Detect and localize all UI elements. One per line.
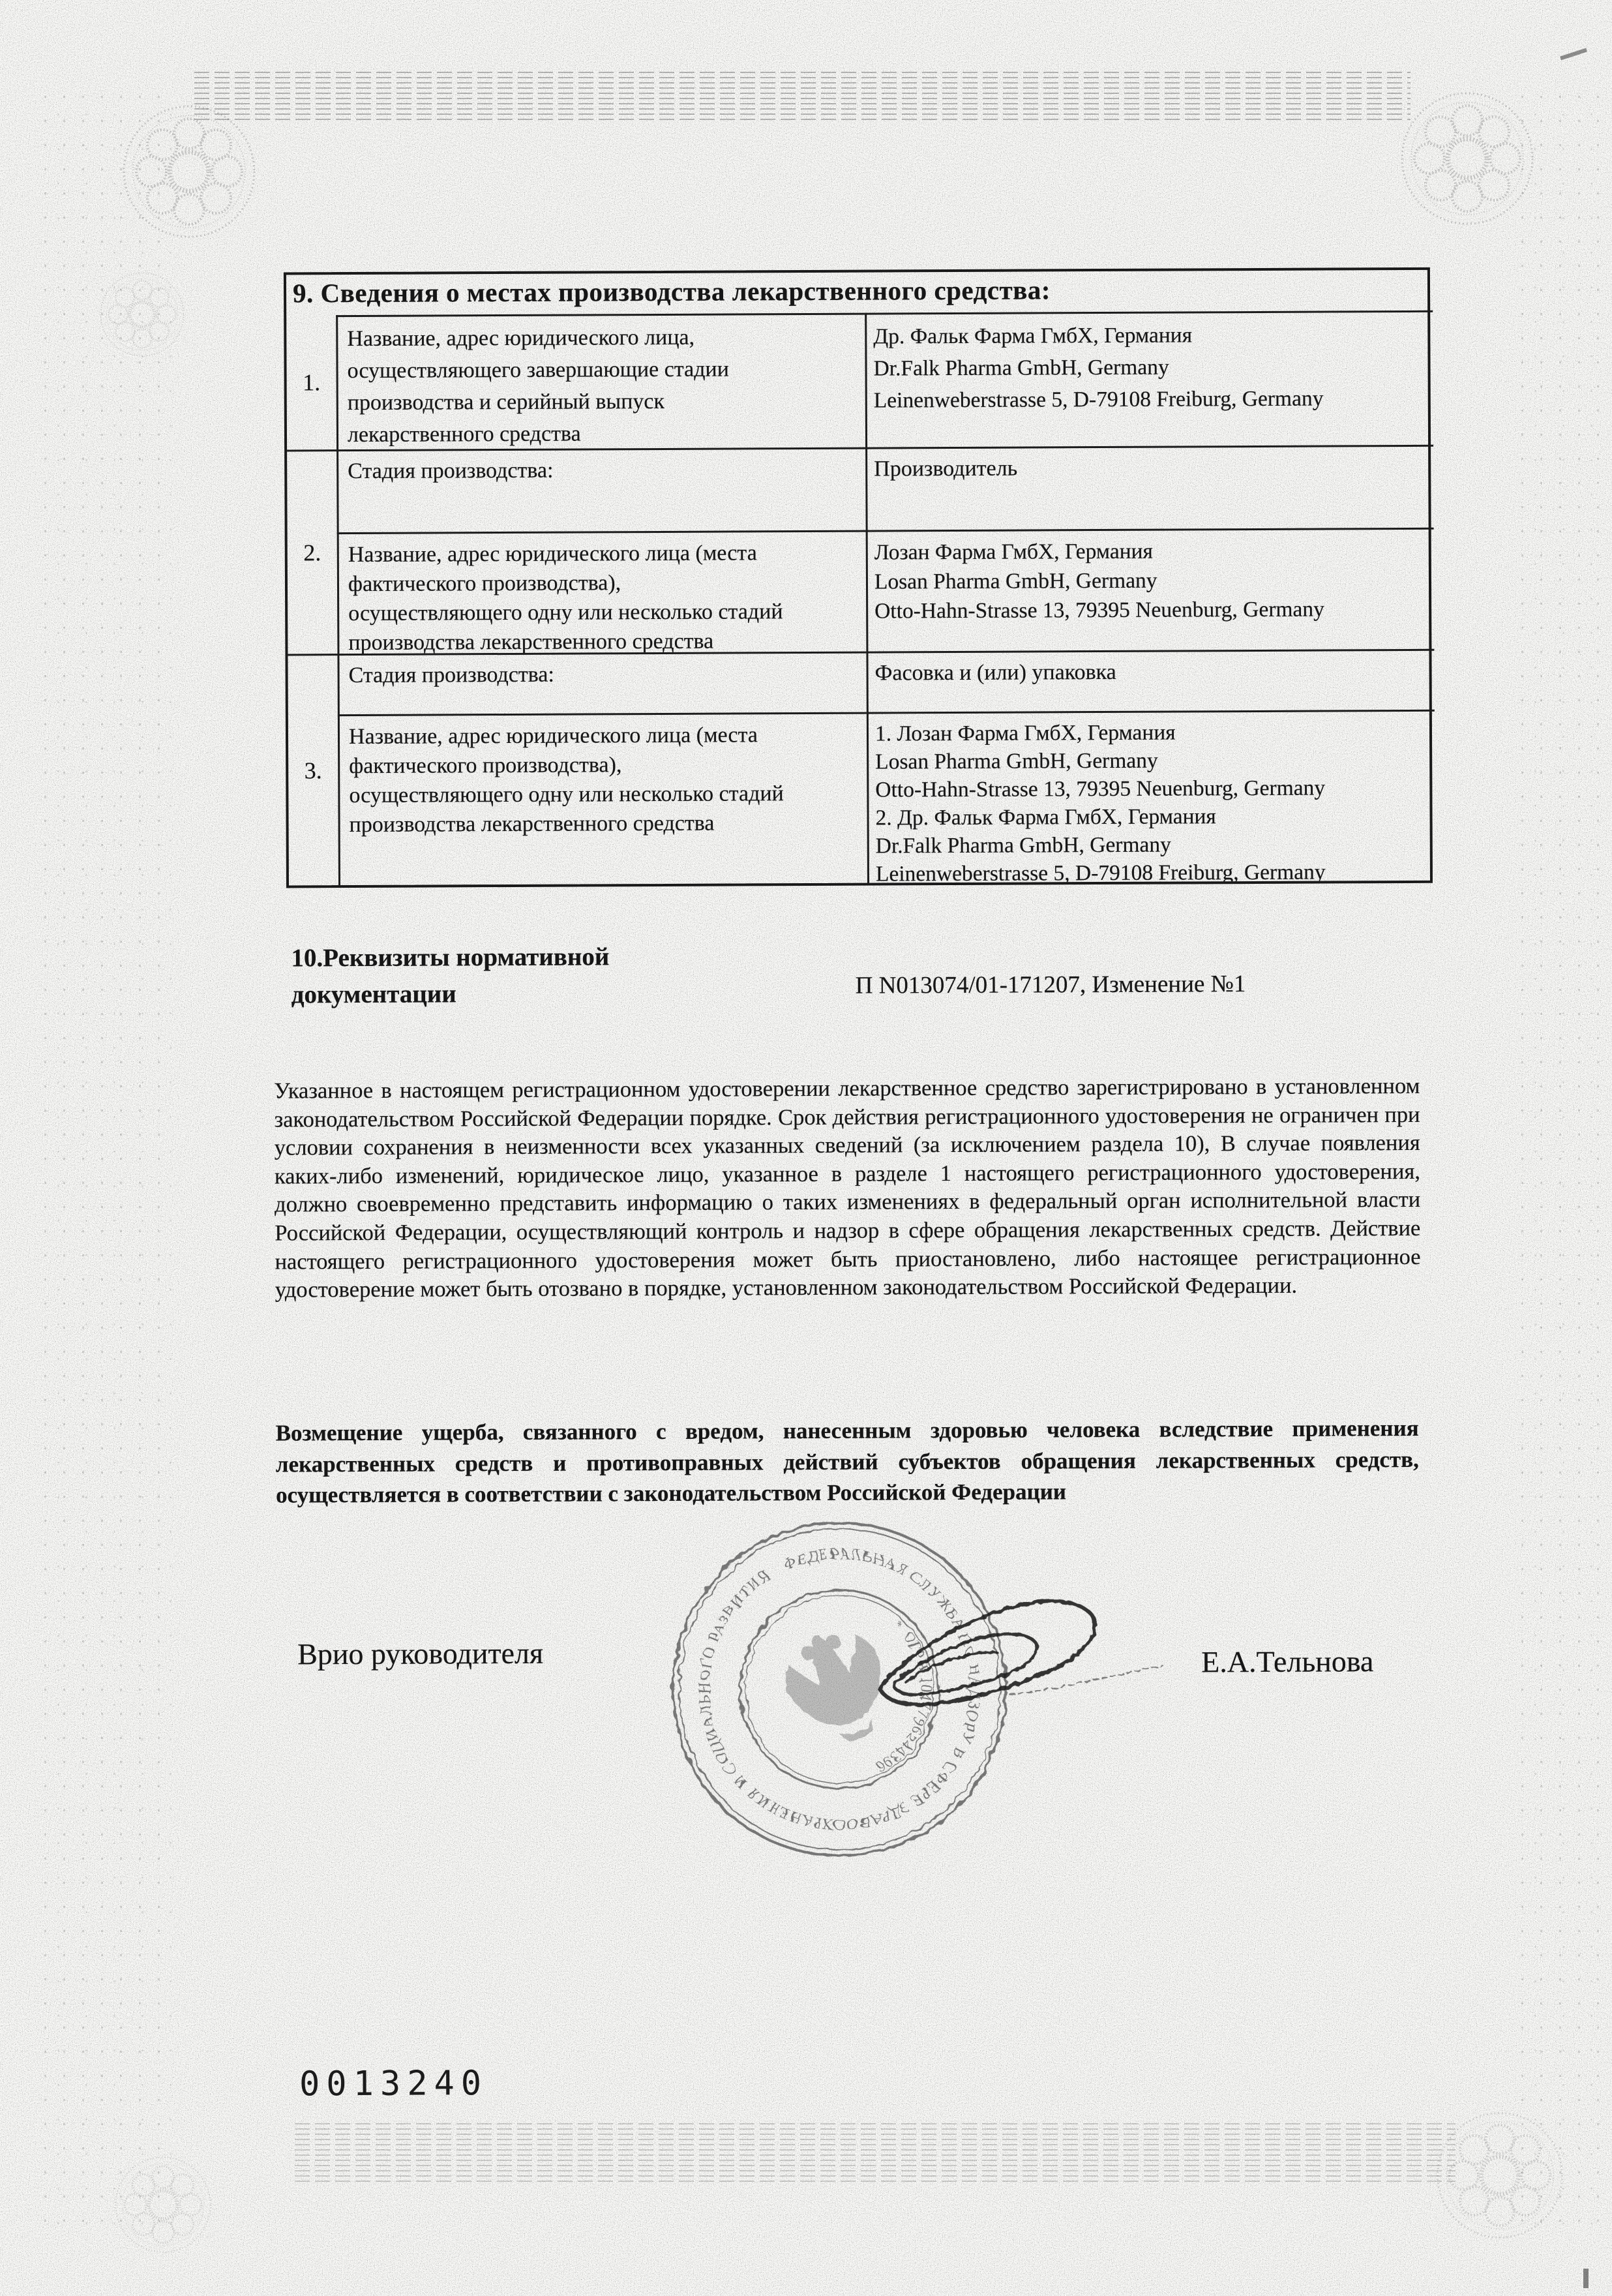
row-value: Лозан Фарма ГмбХ, Германия Losan Pharma … xyxy=(866,528,1435,652)
document-content: 9. Сведения о местах производства лекарс… xyxy=(0,0,1612,2296)
stamp-ring-text-container: ФЕДЕРАЛЬНАЯ СЛУЖБА ПО НАДЗОРУ В СФЕРЕ ЗД… xyxy=(649,1500,1029,1879)
section-9-title: 9. Сведения о местах производства лекарс… xyxy=(286,270,1433,316)
legal-paragraph-validity: Указанное в настоящем регистрационном уд… xyxy=(274,1072,1421,1305)
row-label: Название, адрес юридического лица (места… xyxy=(338,712,867,886)
signer-position-label: Врио руководителя xyxy=(297,1636,543,1672)
stage-label: Стадия производства: xyxy=(337,652,866,715)
legal-paragraph-liability: Возмещение ущерба, связанного с вредом, … xyxy=(276,1413,1420,1511)
official-round-stamp: ФЕДЕРАЛЬНАЯ СЛУЖБА ПО НАДЗОРУ В СФЕРЕ ЗД… xyxy=(648,1499,1041,1892)
stage-value: Производитель xyxy=(865,445,1434,530)
production-sites-table: 9. Сведения о местах производства лекарс… xyxy=(284,267,1433,888)
stamp-ring-text: ФЕДЕРАЛЬНАЯ СЛУЖБА ПО НАДЗОРУ В СФЕРЕ ЗД… xyxy=(649,1500,1029,1879)
row-number: 2. xyxy=(287,449,337,654)
registration-number: П N013074/01-171207, Изменение №1 xyxy=(856,970,1246,1000)
stamp-ogrn-text: * ОГРН 1047796244396 xyxy=(824,1614,965,1776)
row-number: 3. xyxy=(288,654,338,885)
form-serial-number: 0013240 xyxy=(299,2064,488,2104)
stage-label: Стадия производства: xyxy=(336,447,866,533)
section-10-title: 10.Реквизиты нормативной документации xyxy=(291,938,747,1013)
scanned-certificate-page: 9. Сведения о местах производства лекарс… xyxy=(0,0,1612,2296)
double-eagle-emblem-icon xyxy=(771,1615,906,1758)
stamp-ogrn-text-container: * ОГРН 1047796244396 xyxy=(824,1614,965,1776)
signer-name: Е.А.Тельнова xyxy=(1201,1644,1373,1679)
row-label: Название, адрес юридического лица, осуще… xyxy=(336,313,865,450)
row-number: 1. xyxy=(286,315,336,449)
row-value: Др. Фальк Фарма ГмбХ, Германия Dr.Falk P… xyxy=(865,310,1433,447)
row-value: 1. Лозан Фарма ГмбХ, Германия Losan Phar… xyxy=(867,710,1435,883)
row-label: Название, адрес юридического лица (места… xyxy=(337,530,867,654)
stage-value: Фасовка и (или) упаковка xyxy=(866,649,1434,712)
handwritten-signature xyxy=(844,1561,1171,1751)
